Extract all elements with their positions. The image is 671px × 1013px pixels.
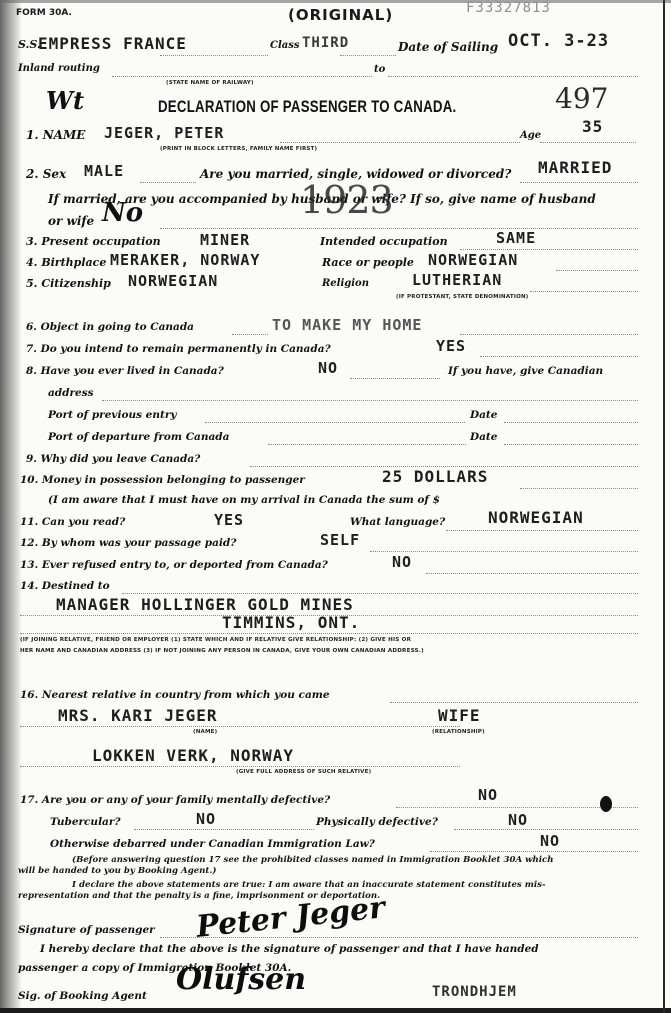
citizenship-label: 5. Citizenship bbox=[26, 277, 111, 290]
race-value: NORWEGIAN bbox=[428, 251, 518, 269]
lived-value: NO bbox=[318, 359, 338, 377]
sex-value: MALE bbox=[84, 162, 124, 180]
ink-blot bbox=[600, 796, 612, 812]
scan-bottom-edge bbox=[0, 1008, 671, 1013]
railway-note: (STATE NAME OF RAILWAY) bbox=[166, 80, 254, 86]
prohibited-note-1: (Before answering question 17 see the pr… bbox=[72, 855, 554, 865]
spouse-value: No bbox=[102, 198, 143, 228]
destined-note-1: (IF JOINING RELATIVE, FRIEND OR EMPLOYER… bbox=[20, 637, 411, 643]
declaration-line-1: I declare the above statements are true:… bbox=[72, 880, 546, 890]
citizenship-value: NORWEGIAN bbox=[128, 272, 218, 290]
refused-label: 13. Ever refused entry to, or deported f… bbox=[20, 559, 328, 571]
money-value: 25 DOLLARS bbox=[382, 467, 488, 486]
read-label: 11. Can you read? bbox=[20, 516, 125, 528]
prev-entry-date-label: Date bbox=[470, 409, 497, 421]
relative-label: 16. Nearest relative in country from whi… bbox=[20, 689, 330, 701]
remain-value: YES bbox=[436, 337, 466, 355]
departure-label: Port of departure from Canada bbox=[48, 431, 229, 443]
spouse-label-2: or wife bbox=[48, 214, 94, 228]
name-note: (PRINT IN BLOCK LETTERS, FAMILY NAME FIR… bbox=[160, 146, 317, 152]
why-leave-label: 9. Why did you leave Canada? bbox=[26, 453, 200, 465]
debarred-label: Otherwise debarred under Canadian Immigr… bbox=[50, 838, 375, 850]
relative-address-note: (GIVE FULL ADDRESS OF SUCH RELATIVE) bbox=[236, 769, 371, 775]
booking-agent-signature: Olufsen bbox=[176, 962, 306, 997]
serial-number: F33327813 bbox=[466, 0, 551, 16]
booking-agent-city: TRONDHJEM bbox=[432, 984, 517, 1000]
prev-entry-label: Port of previous entry bbox=[48, 409, 176, 421]
prohibited-note-2: will be handed to you by Booking Agent.) bbox=[18, 866, 216, 876]
intended-occupation-value: SAME bbox=[496, 229, 536, 247]
passage-label: 12. By whom was your passage paid? bbox=[20, 537, 236, 549]
name-label: 1. NAME bbox=[26, 128, 85, 142]
physical-label: Physically defective? bbox=[316, 816, 438, 828]
scan-top-edge bbox=[0, 0, 671, 3]
passenger-signature-label: Signature of passenger bbox=[18, 924, 155, 936]
sex-label: 2. Sex bbox=[26, 167, 66, 181]
destined-note-2: HER NAME AND CANADIAN ADDRESS (3) IF NOT… bbox=[20, 648, 424, 654]
passage-value: SELF bbox=[320, 531, 360, 549]
canadian-address-label: If you have, give Canadian bbox=[448, 365, 603, 377]
doc-number: 497 bbox=[555, 82, 608, 115]
tubercular-label: Tubercular? bbox=[50, 816, 121, 828]
name-value: JEGER, PETER bbox=[104, 124, 224, 142]
agent-declaration-1: I hereby declare that the above is the s… bbox=[40, 943, 539, 955]
destination-line-1: MANAGER HOLLINGER GOLD MINES bbox=[56, 595, 354, 614]
class-value: THIRD bbox=[302, 35, 349, 51]
religion-value: LUTHERIAN bbox=[412, 271, 502, 289]
booking-agent-label: Sig. of Booking Agent bbox=[18, 990, 147, 1002]
inland-to-label: to bbox=[374, 64, 385, 75]
debarred-value: NO bbox=[540, 832, 560, 850]
ship-name: EMPRESS FRANCE bbox=[38, 34, 187, 53]
age-value: 35 bbox=[582, 117, 603, 136]
passenger-declaration-form: FORM 30A. (ORIGINAL) F33327813 S.S. EMPR… bbox=[0, 0, 671, 1013]
relative-relationship: WIFE bbox=[438, 706, 481, 725]
object-value: TO MAKE MY HOME bbox=[272, 316, 422, 334]
relative-name-note: (NAME) bbox=[193, 729, 217, 735]
physical-value: NO bbox=[508, 811, 528, 829]
tubercular-value: NO bbox=[196, 810, 216, 828]
religion-note: (IF PROTESTANT, STATE DENOMINATION) bbox=[396, 294, 528, 300]
race-label: Race or people bbox=[322, 256, 414, 269]
relative-relationship-note: (RELATIONSHIP) bbox=[432, 729, 485, 735]
mental-value: NO bbox=[478, 786, 498, 804]
object-label: 6. Object in going to Canada bbox=[26, 321, 194, 333]
destined-label: 14. Destined to bbox=[20, 580, 110, 592]
mental-label: 17. Are you or any of your family mental… bbox=[20, 794, 330, 806]
birthplace-value: MERAKER, NORWAY bbox=[110, 251, 260, 269]
handwritten-mark: Wt bbox=[46, 86, 84, 115]
religion-label: Religion bbox=[322, 278, 369, 289]
canadian-address-label-2: address bbox=[48, 387, 94, 399]
birthplace-label: 4. Birthplace bbox=[26, 256, 106, 269]
language-value: NORWEGIAN bbox=[488, 508, 584, 527]
page-title: DECLARATION OF PASSENGER TO CANADA. bbox=[158, 97, 456, 117]
remain-label: 7. Do you intend to remain permanently i… bbox=[26, 343, 331, 355]
occupation-value: MINER bbox=[200, 231, 250, 249]
destination-line-2: TIMMINS, ONT. bbox=[222, 613, 360, 632]
form-number: FORM 30A. bbox=[16, 8, 72, 18]
date-value: OCT. 3-23 bbox=[508, 31, 609, 51]
intended-occupation-label: Intended occupation bbox=[320, 235, 448, 248]
age-label: Age bbox=[520, 130, 541, 141]
money-label: 10. Money in possession belonging to pas… bbox=[20, 474, 305, 486]
year-stamp: 1923 bbox=[300, 178, 393, 222]
marital-value: MARRIED bbox=[538, 158, 612, 177]
date-label: Date of Sailing bbox=[398, 40, 498, 54]
occupation-label: 3. Present occupation bbox=[26, 235, 161, 248]
class-label: Class bbox=[270, 40, 300, 51]
relative-name: MRS. KARI JEGER bbox=[58, 706, 218, 725]
copy-type: (ORIGINAL) bbox=[288, 6, 393, 24]
money-note: (I am aware that I must have on my arriv… bbox=[48, 494, 440, 506]
relative-address: LOKKEN VERK, NORWAY bbox=[92, 746, 294, 765]
departure-date-label: Date bbox=[470, 431, 497, 443]
read-value: YES bbox=[214, 511, 244, 529]
lived-label: 8. Have you ever lived in Canada? bbox=[26, 365, 224, 377]
refused-value: NO bbox=[392, 553, 412, 571]
inland-routing-label: Inland routing bbox=[18, 63, 100, 74]
language-label: What language? bbox=[350, 516, 445, 528]
